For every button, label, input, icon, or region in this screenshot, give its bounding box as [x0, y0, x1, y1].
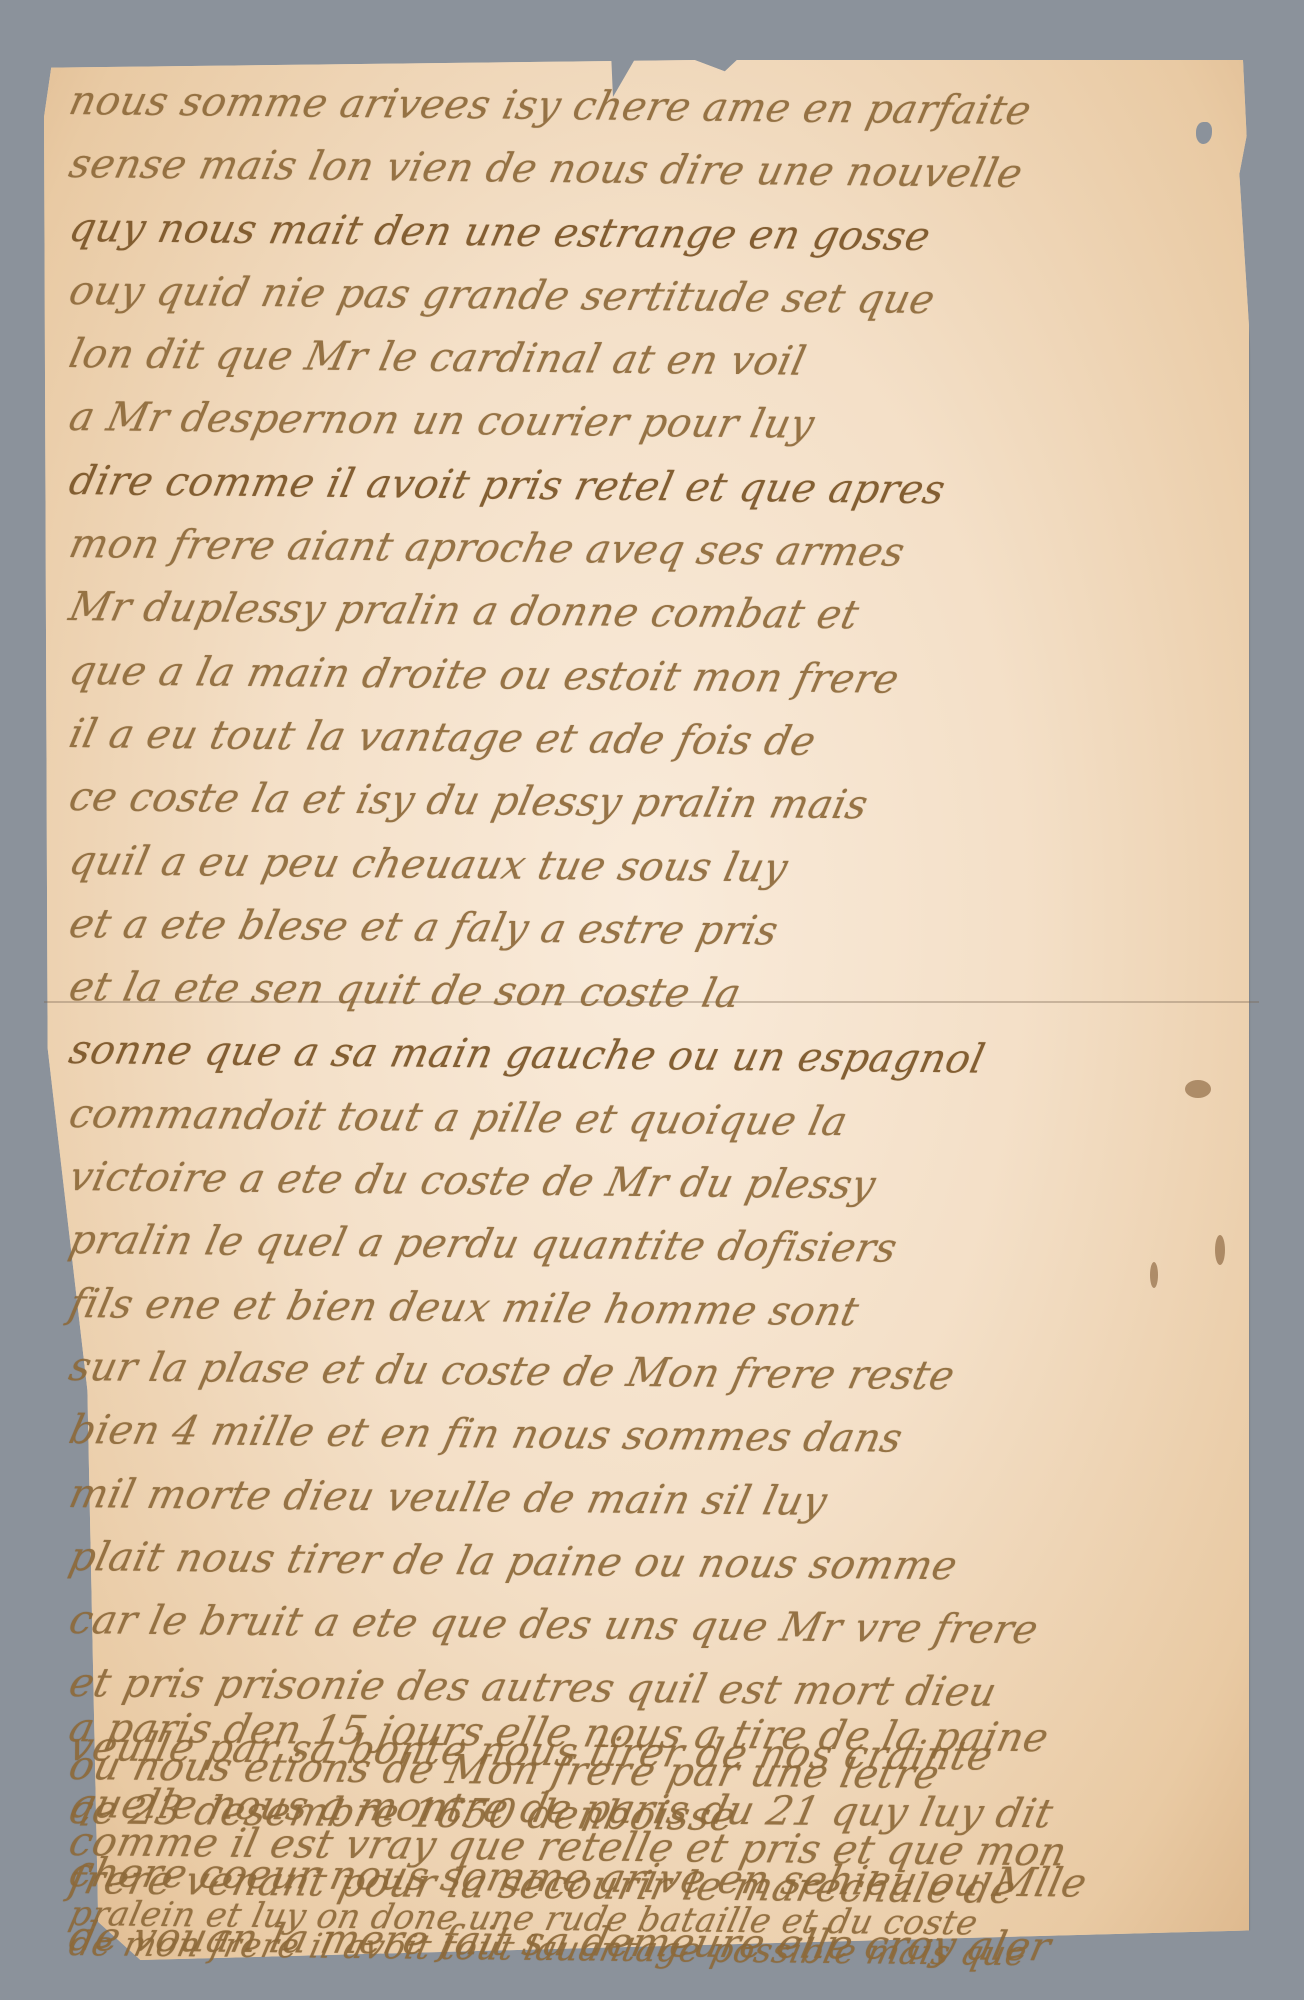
letter-body-continued: a paris den 15 jours elle nous a tire de… [70, 1709, 1245, 1959]
letter-line: ce coste la et isy du plessy pralin mais [63, 766, 1249, 842]
letter-line: sonne que a sa main gauche ou un espagno… [63, 1019, 1249, 1095]
letter-line: bien 4 mille et en fin nous sommes dans [63, 1399, 1249, 1475]
letter-line: pralin le quel a perdu quantite dofisier… [63, 1209, 1249, 1285]
letter-line: sense mais lon vien de nous dire une nou… [63, 133, 1249, 209]
letter-body: nous somme arivees isy chere ame en parf… [70, 70, 1245, 1969]
letter-line: Mr duplessy pralin a donne combat et [63, 576, 1249, 652]
